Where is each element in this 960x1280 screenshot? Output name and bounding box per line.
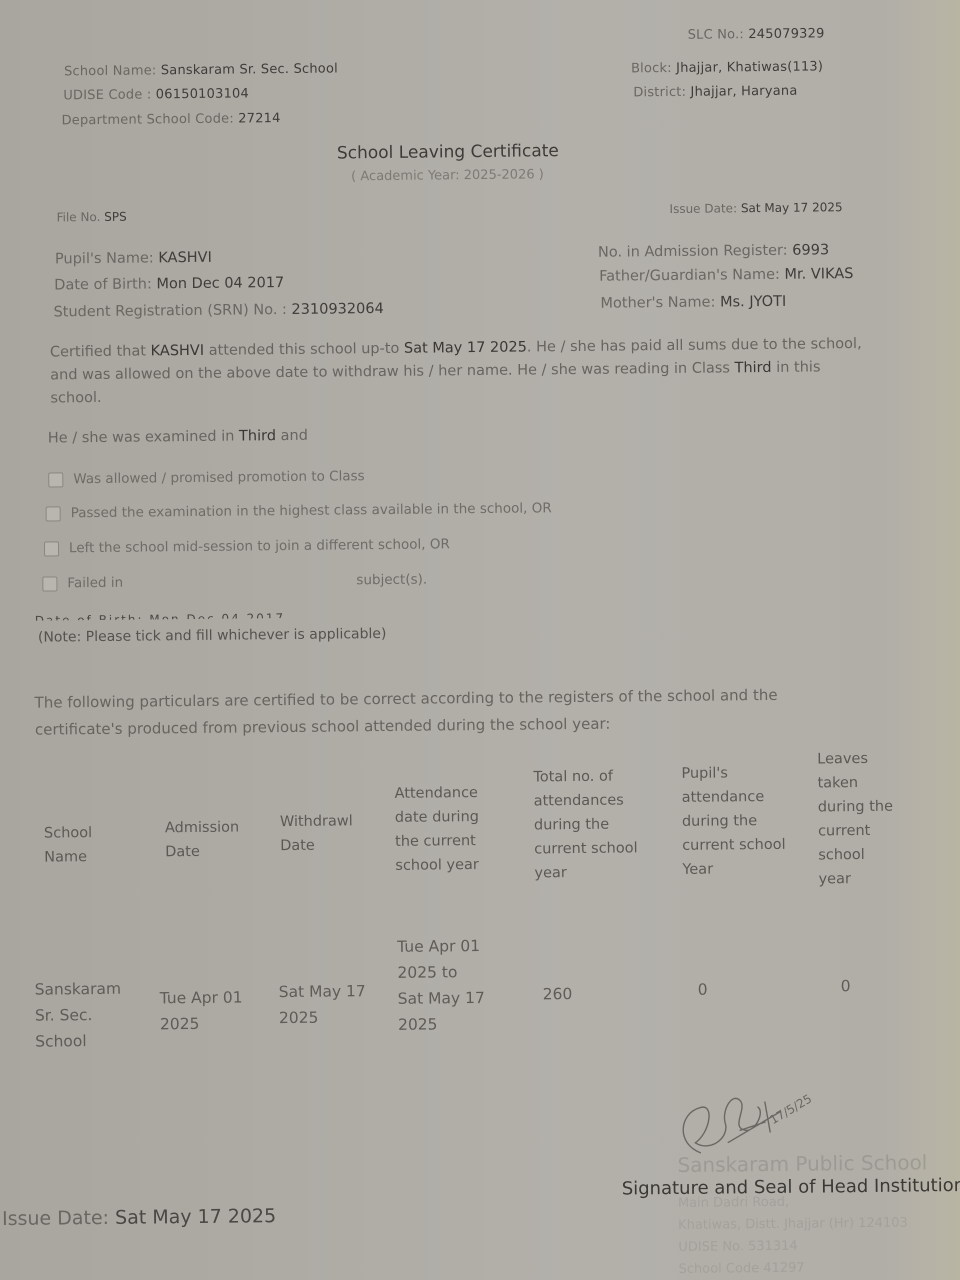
footer-issue-date-value: Sat May 17 2025 <box>115 1205 276 1229</box>
failed-subjects-suffix: subject(s). <box>356 572 427 589</box>
slc-label: SLC No.: <box>688 27 744 43</box>
pupil-name-value: KASHVI <box>158 250 212 267</box>
cell-pupil-attendance: 0 <box>698 977 708 1003</box>
block-label: Block: <box>631 61 672 76</box>
dept-code-label: Department School Code: <box>61 112 234 129</box>
udise-line: UDISE Code : 06150103104 <box>63 86 249 103</box>
mother-value: Ms. JYOTI <box>720 294 786 311</box>
cell-school-name: Sanskaram Sr. Sec. School <box>35 976 126 1055</box>
slc-number-line: SLC No.: 245079329 <box>688 26 825 42</box>
stamp-line: UDISE No. 531314 <box>678 1235 908 1259</box>
stamp-line: Khatiwas, Distt. Jhajjar (Hr) 124103 <box>678 1213 908 1237</box>
examined-text: and <box>276 428 308 444</box>
father-label: Father/Guardian's Name: <box>599 267 780 285</box>
promotion-checkbox[interactable] <box>48 472 63 487</box>
issue-date-label: Issue Date: <box>669 201 737 216</box>
option-passed-highest[interactable]: Passed the examination in the highest cl… <box>46 500 552 521</box>
udise-label: UDISE Code : <box>63 87 151 103</box>
header-admission-date: Admission Date <box>165 815 255 864</box>
admission-no-label: No. in Admission Register: <box>598 243 788 261</box>
issue-date-value: Sat May 17 2025 <box>741 200 843 215</box>
examined-class: Third <box>239 428 276 444</box>
dept-code-value: 27214 <box>238 111 281 126</box>
udise-value: 06150103104 <box>156 86 249 102</box>
certificate-page: School Name: Sanskaram Sr. Sec. School U… <box>0 0 960 1280</box>
dob-label: Date of Birth: <box>54 276 152 293</box>
admission-no-value: 6993 <box>792 242 829 258</box>
certificate-title: School Leaving Certificate <box>337 141 559 163</box>
left-mid-session-label: Left the school mid-session to join a di… <box>69 536 450 556</box>
passed-highest-label: Passed the examination in the highest cl… <box>71 500 552 521</box>
dob-value: Mon Dec 04 2017 <box>156 275 284 292</box>
examined-statement: He / she was examined in Third and <box>48 425 308 451</box>
header-withdrawl-date: Withdrawl Date <box>280 809 370 858</box>
school-name-value: Sanskaram Sr. Sec. School <box>161 61 338 78</box>
block-value: Jhajjar, Khatiwas(113) <box>676 59 823 76</box>
cell-leaves-taken: 0 <box>841 973 851 999</box>
header-total-attendances: Total no. of attendances during the curr… <box>533 764 646 885</box>
statement-text: Certified that <box>50 343 151 360</box>
file-no-label: File No. <box>56 210 100 224</box>
school-stamp-address: Main Dadri Road, Khatiwas, Distt. Jhajja… <box>678 1191 909 1280</box>
pupil-name-label: Pupil's Name: <box>55 250 154 267</box>
stamp-line: School Code 41297 <box>678 1257 908 1280</box>
academic-year: ( Academic Year: 2025-2026 ) <box>351 167 544 184</box>
mother-name-line: Mother's Name: Ms. JYOTI <box>600 294 786 312</box>
particulars-table: School Name Admission Date Withdrawl Dat… <box>0 0 953 5</box>
srn-value: 2310932064 <box>291 301 383 318</box>
failed-checkbox[interactable] <box>42 576 57 591</box>
particulars-intro: The following particulars are certified … <box>34 681 835 743</box>
option-left-mid-session[interactable]: Left the school mid-session to join a di… <box>44 536 450 556</box>
overprint-fragment: Date of Birth: Mon Dec 04 2017 <box>35 613 285 621</box>
passed-highest-checkbox[interactable] <box>46 506 61 521</box>
school-name-label: School Name: <box>64 63 157 79</box>
block-line: Block: Jhajjar, Khatiwas(113) <box>631 59 823 76</box>
srn-label: Student Registration (SRN) No. : <box>53 302 287 320</box>
statement-leaving-date: Sat May 17 2025 <box>404 339 527 356</box>
father-value: Mr. VIKAS <box>784 266 853 283</box>
footer-issue-date: Issue Date: Sat May 17 2025 <box>2 1205 276 1230</box>
admission-register-line: No. in Admission Register: 6993 <box>598 242 829 260</box>
file-number-line: File No. SPS <box>56 210 126 225</box>
signature-date: 17/5/25 <box>767 1092 814 1128</box>
header-pupil-attendance: Pupil's attendance during the current sc… <box>681 761 794 882</box>
header-school-name: School Name <box>44 821 114 870</box>
issue-date-line: Issue Date: Sat May 17 2025 <box>669 200 842 216</box>
cell-withdrawl-date: Sat May 17 2025 <box>279 978 375 1031</box>
cell-total-attendances: 260 <box>543 981 573 1007</box>
failed-label: Failed in <box>67 575 123 592</box>
header-attendance-period: Attendance date during the current schoo… <box>394 781 495 878</box>
cell-admission-date: Tue Apr 01 2025 <box>160 984 256 1037</box>
certification-statement: Certified that KASHVI attended this scho… <box>50 333 871 411</box>
school-name-line: School Name: Sanskaram Sr. Sec. School <box>64 61 338 79</box>
signature-label: Signature and Seal of Head Institution <box>622 1175 960 1200</box>
footer-issue-date-label: Issue Date: <box>2 1207 109 1230</box>
left-mid-session-checkbox[interactable] <box>44 541 59 556</box>
option-promotion[interactable]: Was allowed / promised promotion to Clas… <box>48 468 365 487</box>
promotion-label: Was allowed / promised promotion to Clas… <box>73 468 365 487</box>
file-no-value: SPS <box>104 210 127 224</box>
district-label: District: <box>633 85 686 101</box>
examined-text: He / she was examined in <box>48 429 239 447</box>
head-signature: 17/5/25 <box>670 1081 821 1173</box>
pupil-name-line: Pupil's Name: KASHVI <box>55 250 212 268</box>
mother-label: Mother's Name: <box>600 295 715 312</box>
header-leaves-taken: Leaves taken during the current school y… <box>817 747 899 892</box>
statement-class: Third <box>734 360 771 376</box>
dob-line: Date of Birth: Mon Dec 04 2017 <box>54 275 284 293</box>
father-name-line: Father/Guardian's Name: Mr. VIKAS <box>599 266 853 285</box>
applicability-note: (Note: Please tick and fill whichever is… <box>38 626 387 646</box>
district-value: Jhajjar, Haryana <box>690 84 797 100</box>
district-line: District: Jhajjar, Haryana <box>633 84 797 101</box>
option-failed[interactable]: Failed in <box>42 575 123 592</box>
slc-value: 245079329 <box>748 26 824 42</box>
statement-pupil-name: KASHVI <box>151 343 205 360</box>
statement-text: attended this school up-to <box>204 341 404 359</box>
cell-attendance-period: Tue Apr 01 2025 to Sat May 17 2025 <box>397 933 488 1038</box>
srn-line: Student Registration (SRN) No. : 2310932… <box>53 301 383 320</box>
dept-code-line: Department School Code: 27214 <box>61 111 280 128</box>
